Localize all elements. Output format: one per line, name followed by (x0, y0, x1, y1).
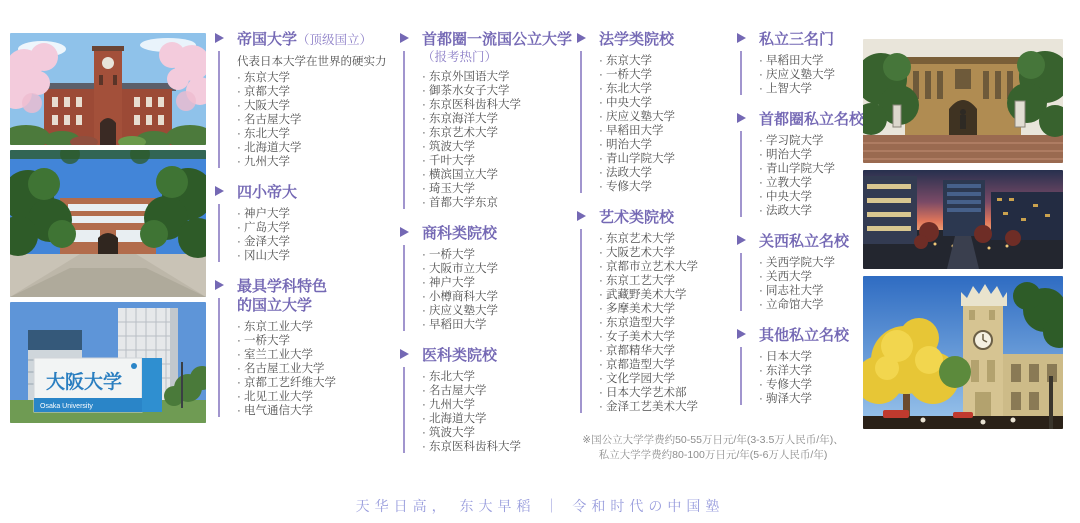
category-title: 商科类院校 (422, 224, 577, 243)
university-item: 青山学院大学 (599, 152, 737, 166)
university-item: 京都造型大学 (599, 358, 737, 372)
university-item: 驹泽大学 (759, 392, 867, 406)
university-item: 中央大学 (599, 96, 737, 110)
university-item: 大阪市立大学 (422, 262, 577, 276)
photo-red-brick-clocktower-cherry-blossoms (10, 33, 206, 145)
university-item: 金泽大学 (237, 235, 400, 249)
university-item: 一桥大学 (599, 68, 737, 82)
osaka-sign-en: Osaka University (40, 403, 93, 410)
category-column: 私立三名门早稻田大学庆应义塾大学上智大学首都圈私立名校学习院大学明治大学青山学院… (737, 30, 867, 420)
triangle-bullet-icon (737, 235, 746, 245)
section-guide-line (403, 367, 405, 453)
university-list: 神户大学广岛大学金泽大学冈山大学 (237, 207, 400, 263)
university-item: 琦玉大学 (422, 182, 577, 196)
section-guide-line (740, 51, 742, 95)
category-section: 其他私立名校日本大学东洋大学专修大学驹泽大学 (737, 326, 867, 406)
university-item: 早稻田大学 (599, 124, 737, 138)
university-item: 专修大学 (599, 180, 737, 194)
university-item: 九州大学 (422, 398, 577, 412)
photo-campus-dusk (863, 170, 1063, 269)
section-guide-line (403, 51, 405, 209)
section-guide-line (218, 298, 220, 417)
university-item: 大阪大学 (237, 99, 400, 113)
triangle-bullet-icon (215, 280, 224, 290)
university-item: 名古屋工业大学 (237, 362, 400, 376)
university-item: 关西学院大学 (759, 256, 867, 270)
university-item: 京都精华大学 (599, 344, 737, 358)
university-item: 东北大学 (422, 370, 577, 384)
category-subtitle: （顶级国立） (297, 33, 372, 47)
university-item: 关西大学 (759, 270, 867, 284)
university-item: 御茶水女子大学 (422, 84, 577, 98)
university-item: 庆应义塾大学 (759, 68, 867, 82)
university-item: 立教大学 (759, 176, 867, 190)
university-item: 北海道大学 (422, 412, 577, 426)
university-item: 大阪艺术大学 (599, 246, 737, 260)
photo-campus-building-trees (10, 150, 206, 297)
university-item: 东京工业大学 (237, 320, 400, 334)
category-description: 代表日本大学在世界的硬实力 (237, 55, 400, 69)
category-section: 法学类院校东京大学一桥大学东北大学中央大学庆应义塾大学早稻田大学明治大学青山学院… (577, 30, 737, 194)
triangle-bullet-icon (400, 349, 409, 359)
category-section: 首都圈私立名校学习院大学明治大学青山学院大学立教大学中央大学法政大学 (737, 110, 867, 218)
triangle-bullet-icon (215, 33, 224, 43)
university-item: 京都工艺纤维大学 (237, 376, 400, 390)
university-item: 东京造型大学 (599, 316, 737, 330)
university-item: 庆应义塾大学 (599, 110, 737, 124)
university-list: 学习院大学明治大学青山学院大学立教大学中央大学法政大学 (759, 134, 867, 218)
university-list: 一桥大学大阪市立大学神户大学小樽商科大学庆应义塾大学早稻田大学 (422, 248, 577, 332)
university-item: 一桥大学 (422, 248, 577, 262)
category-section: 关西私立名校关西学院大学关西大学同志社大学立命馆大学 (737, 232, 867, 312)
category-title-text: 首都圈私立名校 (759, 111, 864, 128)
triangle-bullet-icon (577, 211, 586, 221)
category-title-text: 艺术类院校 (599, 209, 674, 226)
university-item: 武藏野美术大学 (599, 288, 737, 302)
university-item: 首都大学东京 (422, 196, 577, 210)
university-categories: 帝国大学（顶级国立）代表日本大学在世界的硬实力东京大学京都大学大阪大学名古屋大学… (215, 30, 867, 468)
university-item: 同志社大学 (759, 284, 867, 298)
photo-osaka-university-sign: 大阪大学 Osaka University (10, 302, 206, 423)
university-item: 东京大学 (599, 54, 737, 68)
university-list: 关西学院大学关西大学同志社大学立命馆大学 (759, 256, 867, 312)
triangle-bullet-icon (400, 33, 409, 43)
university-item: 文化学园大学 (599, 372, 737, 386)
category-subtitle: （报考热门） (422, 49, 577, 65)
category-column: 帝国大学（顶级国立）代表日本大学在世界的硬实力东京大学京都大学大阪大学名古屋大学… (215, 30, 400, 432)
triangle-bullet-icon (400, 227, 409, 237)
category-section: 私立三名门早稻田大学庆应义塾大学上智大学 (737, 30, 867, 96)
university-item: 北见工业大学 (237, 390, 400, 404)
category-column: 首都圈一流国公立大学（报考热门）东京外国语大学御茶水女子大学东京医科齿科大学东京… (400, 30, 577, 468)
university-item: 小樽商科大学 (422, 290, 577, 304)
osaka-sign-cn: 大阪大学 (46, 370, 122, 393)
section-guide-line (740, 347, 742, 405)
university-item: 明治大学 (599, 138, 737, 152)
category-title: 四小帝大 (237, 183, 400, 202)
university-item: 法政大学 (599, 166, 737, 180)
university-item: 日本大学 (759, 350, 867, 364)
photo-column-right (863, 39, 1063, 436)
university-item: 明治大学 (759, 148, 867, 162)
university-item: 法政大学 (759, 204, 867, 218)
triangle-bullet-icon (737, 33, 746, 43)
category-title: 医科类院校 (422, 346, 577, 365)
category-title-text: 关西私立名校 (759, 233, 849, 250)
university-list: 早稻田大学庆应义塾大学上智大学 (759, 54, 867, 96)
category-title-text: 帝国大学 (237, 31, 297, 48)
university-item: 横滨国立大学 (422, 168, 577, 182)
university-item: 中央大学 (759, 190, 867, 204)
footnote-line-2: 私立大学学费约80-100万日元/年(5-6万人民币/年) (548, 448, 878, 463)
category-title-text: 其他私立名校 (759, 327, 849, 344)
university-item: 名古屋大学 (422, 384, 577, 398)
section-guide-line (740, 131, 742, 217)
university-item: 东京工艺大学 (599, 274, 737, 288)
university-item: 京都大学 (237, 85, 400, 99)
university-item: 北海道大学 (237, 141, 400, 155)
category-section: 帝国大学（顶级国立）代表日本大学在世界的硬实力东京大学京都大学大阪大学名古屋大学… (215, 30, 400, 169)
university-item: 东北大学 (237, 127, 400, 141)
triangle-bullet-icon (577, 33, 586, 43)
category-title: 最具学科特色 的国立大学 (237, 277, 400, 315)
footnote-line-1: ※国公立大学学费约50-55万日元/年(3-3.5万人民币/年)、 (548, 433, 878, 448)
university-infographic: 大阪大学 Osaka University 帝国大学（顶级国立）代表日本大学在世… (0, 0, 1080, 523)
university-item: 筑波大学 (422, 140, 577, 154)
university-item: 东京医科齿科大学 (422, 98, 577, 112)
category-title: 关西私立名校 (759, 232, 867, 251)
category-title-text: 四小帝大 (237, 184, 297, 201)
triangle-bullet-icon (215, 186, 224, 196)
university-item: 上智大学 (759, 82, 867, 96)
section-guide-line (218, 51, 220, 168)
university-item: 东京海洋大学 (422, 112, 577, 126)
university-item: 庆应义塾大学 (422, 304, 577, 318)
section-guide-line (218, 204, 220, 262)
university-item: 电气通信大学 (237, 404, 400, 418)
university-item: 东京大学 (237, 71, 400, 85)
section-guide-line (580, 51, 582, 193)
category-column: 法学类院校东京大学一桥大学东北大学中央大学庆应义塾大学早稻田大学明治大学青山学院… (577, 30, 737, 428)
university-list: 东京大学京都大学大阪大学名古屋大学东北大学北海道大学九州大学 (237, 71, 400, 169)
brand-slogan: 天华日高， 东大早稻 ｜ 令和时代の中国塾 (0, 496, 1080, 516)
category-title-text: 商科类院校 (422, 225, 497, 242)
university-list: 东京艺术大学大阪艺术大学京都市立艺术大学东京工艺大学武藏野美术大学多摩美术大学东… (599, 232, 737, 414)
category-title: 艺术类院校 (599, 208, 737, 227)
category-title-text: 最具学科特色 的国立大学 (237, 278, 327, 314)
category-title: 法学类院校 (599, 30, 737, 49)
university-item: 九州大学 (237, 155, 400, 169)
category-title: 其他私立名校 (759, 326, 867, 345)
section-guide-line (740, 253, 742, 311)
triangle-bullet-icon (737, 113, 746, 123)
university-item: 一桥大学 (237, 334, 400, 348)
university-item: 神户大学 (237, 207, 400, 221)
university-list: 日本大学东洋大学专修大学驹泽大学 (759, 350, 867, 406)
category-section: 四小帝大神户大学广岛大学金泽大学冈山大学 (215, 183, 400, 263)
university-item: 广岛大学 (237, 221, 400, 235)
section-guide-line (403, 245, 405, 331)
tuition-footnote: ※国公立大学学费约50-55万日元/年(3-3.5万人民币/年)、 私立大学学费… (548, 433, 878, 463)
university-list: 东京大学一桥大学东北大学中央大学庆应义塾大学早稻田大学明治大学青山学院大学法政大… (599, 54, 737, 194)
university-item: 女子美术大学 (599, 330, 737, 344)
university-item: 学习院大学 (759, 134, 867, 148)
category-section: 艺术类院校东京艺术大学大阪艺术大学京都市立艺术大学东京工艺大学武藏野美术大学多摩… (577, 208, 737, 414)
triangle-bullet-icon (737, 329, 746, 339)
photo-brick-hall-arch (863, 39, 1063, 163)
university-item: 日本大学艺术部 (599, 386, 737, 400)
university-item: 多摩美术大学 (599, 302, 737, 316)
university-item: 东京艺术大学 (422, 126, 577, 140)
university-item: 青山学院大学 (759, 162, 867, 176)
category-title-text: 私立三名门 (759, 31, 834, 48)
photo-waseda-clock-tower-ginkgo (863, 276, 1063, 429)
university-list: 东京工业大学一桥大学室兰工业大学名古屋工业大学京都工艺纤维大学北见工业大学电气通… (237, 320, 400, 418)
university-item: 早稻田大学 (422, 318, 577, 332)
university-item: 早稻田大学 (759, 54, 867, 68)
category-title-text: 首都圈一流国公立大学 (422, 31, 572, 48)
university-item: 冈山大学 (237, 249, 400, 263)
university-item: 专修大学 (759, 378, 867, 392)
category-title-text: 法学类院校 (599, 31, 674, 48)
university-item: 东京艺术大学 (599, 232, 737, 246)
category-title: 首都圈私立名校 (759, 110, 867, 129)
university-item: 京都市立艺术大学 (599, 260, 737, 274)
category-section: 最具学科特色 的国立大学东京工业大学一桥大学室兰工业大学名古屋工业大学京都工艺纤… (215, 277, 400, 418)
section-guide-line (580, 229, 582, 413)
photo-column-left: 大阪大学 Osaka University (10, 33, 206, 428)
category-section: 首都圈一流国公立大学（报考热门）东京外国语大学御茶水女子大学东京医科齿科大学东京… (400, 30, 577, 210)
university-list: 东京外国语大学御茶水女子大学东京医科齿科大学东京海洋大学东京艺术大学筑波大学千叶… (422, 70, 577, 210)
university-item: 东洋大学 (759, 364, 867, 378)
university-item: 东京外国语大学 (422, 70, 577, 84)
university-item: 金泽工艺美术大学 (599, 400, 737, 414)
university-item: 名古屋大学 (237, 113, 400, 127)
category-section: 商科类院校一桥大学大阪市立大学神户大学小樽商科大学庆应义塾大学早稻田大学 (400, 224, 577, 332)
university-item: 千叶大学 (422, 154, 577, 168)
category-title: 私立三名门 (759, 30, 867, 49)
university-item: 东北大学 (599, 82, 737, 96)
category-title-text: 医科类院校 (422, 347, 497, 364)
category-title: 帝国大学（顶级国立） (237, 30, 400, 50)
category-title: 首都圈一流国公立大学（报考热门） (422, 30, 577, 65)
university-item: 立命馆大学 (759, 298, 867, 312)
university-item: 神户大学 (422, 276, 577, 290)
university-item: 室兰工业大学 (237, 348, 400, 362)
